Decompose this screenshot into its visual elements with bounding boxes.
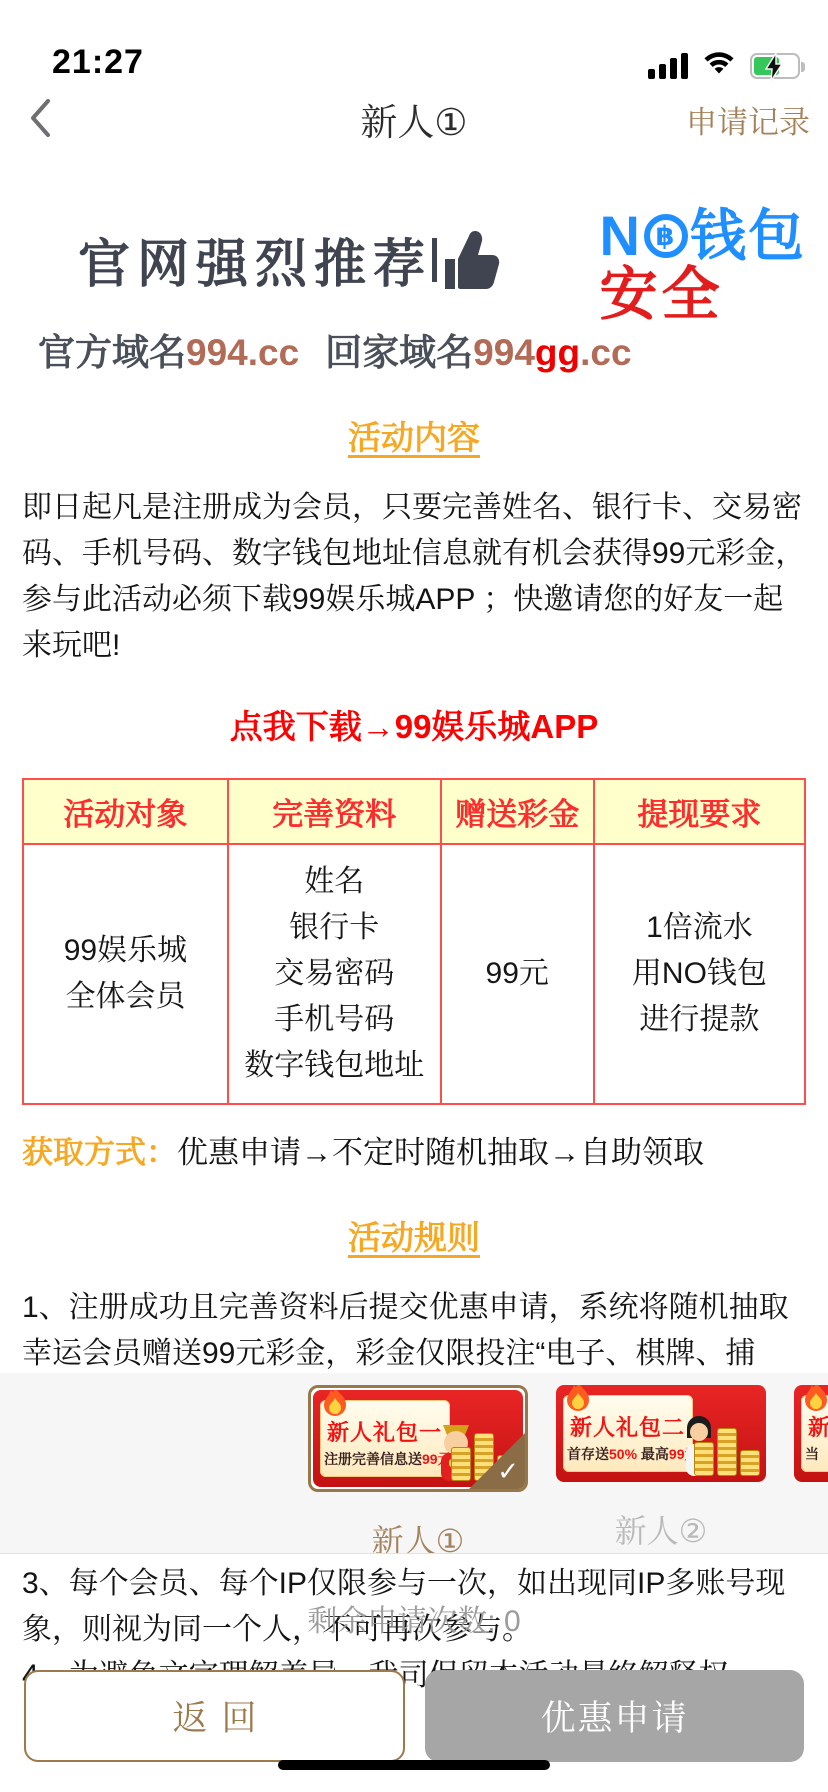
remaining-count-label: 剩余申请次数: 0	[0, 1596, 828, 1640]
cellular-signal-icon	[648, 53, 688, 79]
card-label-newbie-2[interactable]: 新人②	[615, 1506, 708, 1552]
card-label-newbie-1[interactable]: 新人①	[372, 1516, 465, 1554]
flame-icon	[564, 1385, 592, 1413]
card-title: 新人礼包一	[327, 1416, 442, 1447]
banner-headline: 官网强烈推荐	[78, 222, 432, 297]
flame-icon	[321, 1390, 349, 1418]
domain-info: 官方域名994.cc回家域名994gg.cc	[38, 322, 632, 376]
section-heading-content: 活动内容	[0, 412, 828, 459]
bottom-panel: 新人礼包一 注册完善信息送99元 ✓ 新人①	[0, 1373, 828, 1762]
navigation-bar: 新人① 申请记录	[0, 90, 828, 148]
gold-coins-illustration	[694, 1428, 760, 1476]
thumbs-up-icon	[439, 227, 503, 293]
home-domain-number: 994	[473, 332, 535, 373]
divider	[432, 238, 437, 282]
battery-charging-icon	[750, 53, 800, 79]
card-title: 新人礼包二	[570, 1411, 685, 1442]
card-title: 新	[808, 1411, 828, 1442]
table-header-row: 活动对象 完善资料 赠送彩金 提现要求	[23, 779, 805, 844]
clock: 21:27	[52, 43, 144, 82]
method-label: 获取方式：	[22, 1135, 177, 1170]
chevron-left-icon	[29, 98, 51, 138]
table-cell-withdrawal: 1倍流水 用NO钱包 进行提款	[594, 844, 805, 1104]
promo-card-newbie-1[interactable]: 新人礼包一 注册完善信息送99元 ✓	[308, 1385, 528, 1492]
promo-card-newbie-2[interactable]: 新人礼包二 首存送50% 最高99元	[556, 1385, 766, 1482]
card-subtitle: 当	[805, 1444, 819, 1464]
return-button[interactable]: 返回	[24, 1670, 405, 1762]
flame-icon	[802, 1385, 828, 1413]
method-line: 获取方式：优惠申请→不定时随机抽取→自助领取	[22, 1127, 806, 1172]
promo-banner: 官网强烈推荐 N ฿ 钱包 安全 官方域名994.cc回家域名994gg.cc	[0, 200, 828, 380]
status-bar: 21:27	[0, 0, 828, 90]
table-cell-profile: 姓名 银行卡 交易密码 手机号码 数字钱包地址	[228, 844, 441, 1104]
column-header: 完善资料	[228, 779, 441, 844]
official-domain: 994.cc	[186, 332, 299, 373]
no-wallet-logo: N ฿ 钱包	[600, 208, 806, 264]
back-button[interactable]	[18, 96, 62, 140]
promo-carousel[interactable]: 新人礼包一 注册完善信息送99元 ✓ 新人①	[0, 1373, 828, 1554]
column-header: 赠送彩金	[441, 779, 594, 844]
table-row: 99娱乐城 全体会员 姓名 银行卡 交易密码 手机号码 数字钱包地址 99元 1…	[23, 844, 805, 1104]
bitcoin-icon: ฿	[644, 214, 688, 258]
column-header: 活动对象	[23, 779, 228, 844]
apply-promo-button[interactable]: 优惠申请	[425, 1670, 804, 1762]
promo-card-newbie-3[interactable]: 新 当	[794, 1385, 828, 1482]
wallet-safe-label: 安全	[600, 266, 806, 324]
wifi-icon	[700, 49, 738, 82]
promo-table: 活动对象 完善资料 赠送彩金 提现要求 99娱乐城 全体会员 姓名 银行卡 交易…	[22, 778, 806, 1105]
column-header: 提现要求	[594, 779, 805, 844]
table-cell-audience: 99娱乐城 全体会员	[23, 844, 228, 1104]
content-paragraph: 即日起凡是注册成为会员，只要完善姓名、银行卡、交易密码、手机号码、数字钱包地址信…	[22, 485, 806, 669]
table-cell-bonus: 99元	[441, 844, 594, 1104]
application-history-link[interactable]: 申请记录	[686, 97, 810, 142]
download-app-link[interactable]: 点我下载→99娱乐城APP	[0, 701, 828, 748]
home-indicator[interactable]	[278, 1760, 550, 1770]
section-heading-rules: 活动规则	[0, 1212, 828, 1259]
